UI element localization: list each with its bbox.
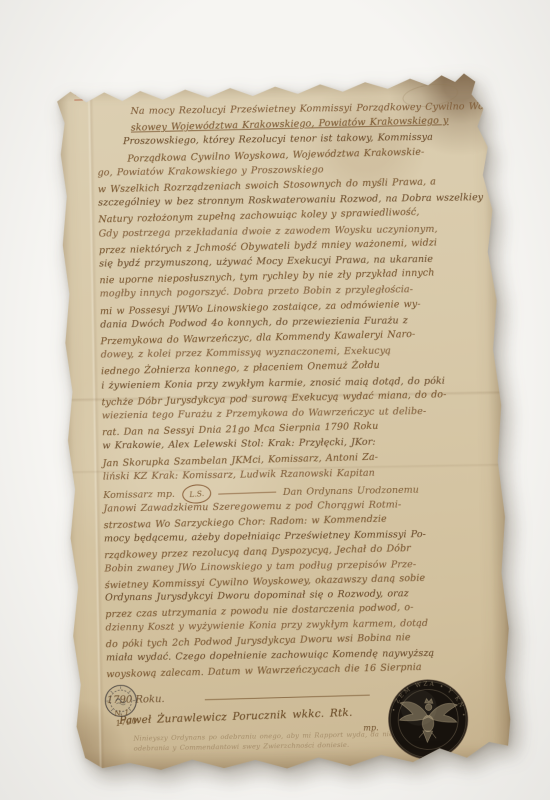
- order-opening-text: Dan Ordynans Urodzonemu: [283, 484, 419, 497]
- commissar-signature-text: Komissarz mp.: [103, 488, 175, 500]
- closing-rule-line: [205, 695, 370, 701]
- manuscript-paper: 64 Na mocy Rezolucyi Prześwietney Kommis…: [50, 70, 512, 776]
- locus-sigilli-label: L.S.: [189, 488, 204, 498]
- stamp-year-note: 1790: [115, 716, 138, 729]
- flourish-dash: [218, 491, 276, 494]
- stamp-annotation: N. 1 1790: [114, 707, 138, 729]
- order-text-block: Janowi Zawadzkiemu Szeregowemu z pod Cho…: [103, 497, 480, 682]
- photo-background: 64 Na mocy Rezolucyi Prześwietney Kommis…: [0, 0, 550, 800]
- resolution-text-block: Na mocy Rezolucyi Prześwietney Kommissyi…: [96, 99, 477, 486]
- wax-seal: ∙ ZEM WZA ∙ Y KN ∙: [386, 677, 471, 762]
- officer-signature: Paweł Żurawlewicz Porucznik wkkc. Rtk.: [119, 707, 353, 727]
- eagle-seal-icon: ∙ ZEM WZA ∙ Y KN ∙: [386, 677, 471, 762]
- manuscript-paper-wrap: 64 Na mocy Rezolucyi Prześwietney Kommis…: [50, 70, 512, 776]
- folio-number: 64: [74, 89, 86, 100]
